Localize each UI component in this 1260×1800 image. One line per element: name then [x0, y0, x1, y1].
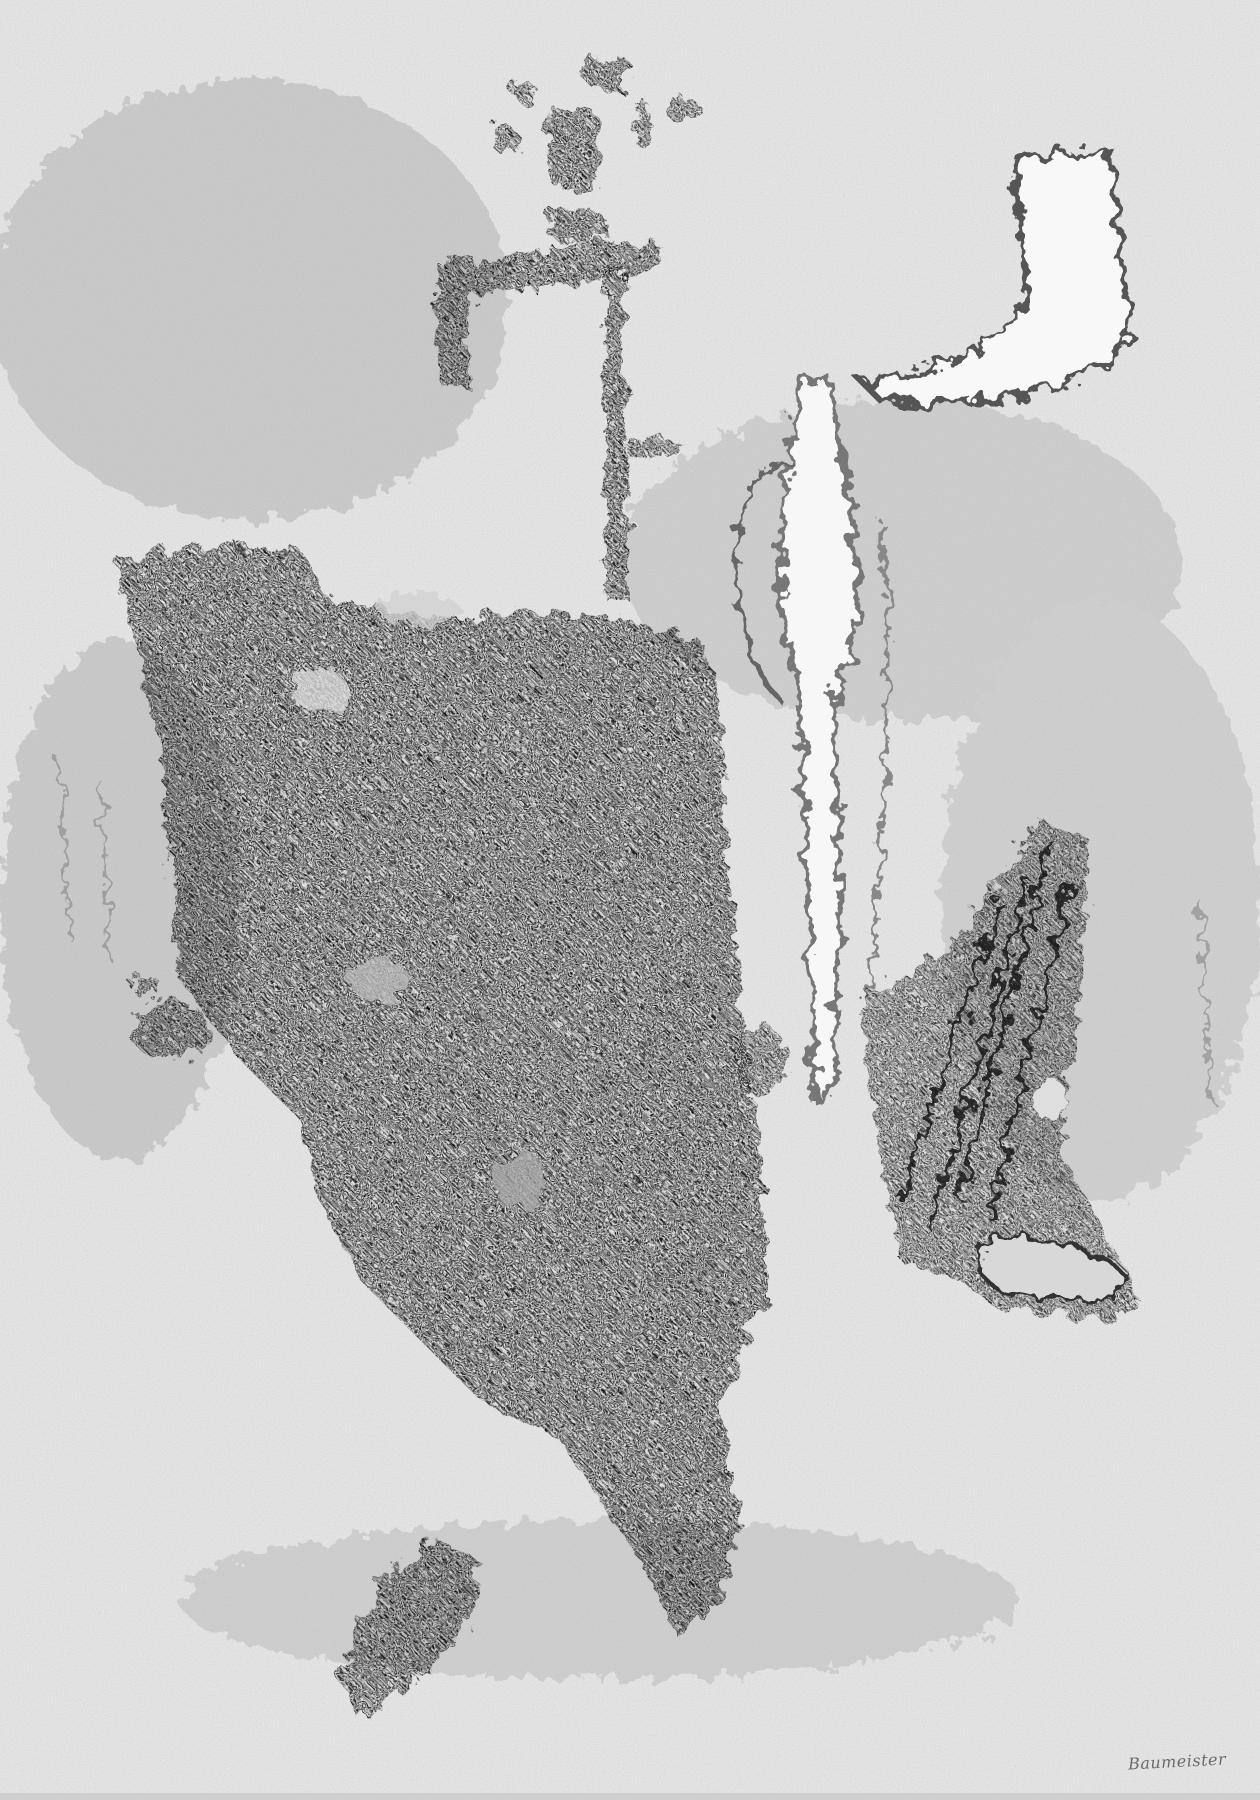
charcoal-artwork: Baumeister [0, 0, 1260, 1800]
paper-bottom-edge [0, 1793, 1260, 1800]
drawing-canvas [0, 0, 1260, 1800]
